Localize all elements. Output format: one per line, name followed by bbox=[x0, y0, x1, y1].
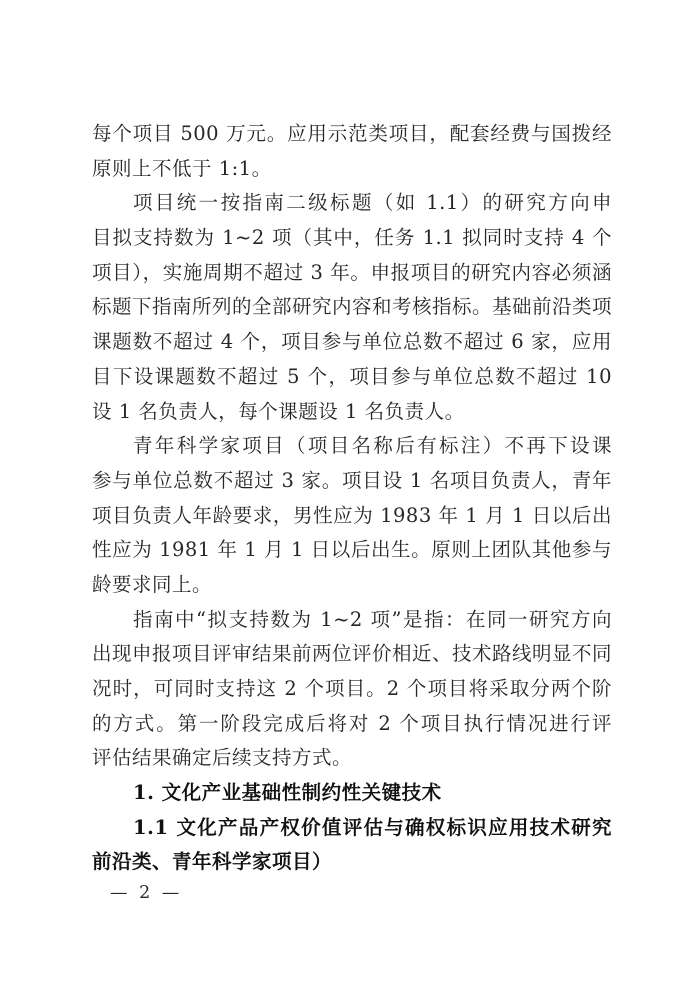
text-line: 课题数不超过 4 个，项目参与单位总数不超过 6 家，应用示范类项 bbox=[92, 325, 612, 360]
text-line: 目拟支持数为 1~2 项（其中，任务 1.1 拟同时支持 4 个青年科学家 bbox=[92, 221, 612, 256]
text-line: 设 1 名负责人，每个课题设 1 名负责人。 bbox=[92, 395, 612, 430]
text-line: 龄要求同上。 bbox=[92, 568, 612, 603]
text-line: 原则上不低于 1:1。 bbox=[92, 152, 612, 187]
document-page: 每个项目 500 万元。应用示范类项目，配套经费与国拨经费比例原则上不低于 1:… bbox=[0, 0, 700, 989]
text-line: 项目负责人年龄要求，男性应为 1983 年 1 月 1 日以后出生，女 bbox=[92, 499, 612, 534]
text-line: 标题下指南所列的全部研究内容和考核指标。基础前沿类项目下设 bbox=[92, 290, 612, 325]
text-line: 出现申报项目评审结果前两位评价相近、技术路线明显不同的情 bbox=[92, 637, 612, 672]
document-text-block: 每个项目 500 万元。应用示范类项目，配套经费与国拨经费比例原则上不低于 1:… bbox=[92, 117, 612, 880]
text-line: 的方式。第一阶段完成后将对 2 个项目执行情况进行评估，根据 bbox=[92, 707, 612, 742]
text-line: 参与单位总数不超过 3 家。项目设 1 名项目负责人，青年科学家 bbox=[92, 464, 612, 499]
text-line: 青年科学家项目（项目名称后有标注）不再下设课题，项目 bbox=[92, 429, 612, 464]
text-line: 1.1 文化产品产权价值评估与确权标识应用技术研究（基础 bbox=[92, 811, 612, 846]
page-number: — 2 — bbox=[110, 878, 182, 908]
text-line: 前沿类、青年科学家项目） bbox=[92, 845, 612, 880]
text-line: 性应为 1981 年 1 月 1 日以后出生。原则上团队其他参与人员年 bbox=[92, 533, 612, 568]
text-line: 项目），实施周期不超过 3 年。申报项目的研究内容必须涵盖二级 bbox=[92, 256, 612, 291]
text-line: 评估结果确定后续支持方式。 bbox=[92, 741, 612, 776]
text-line: 每个项目 500 万元。应用示范类项目，配套经费与国拨经费比例 bbox=[92, 117, 612, 152]
text-line: 项目统一按指南二级标题（如 1.1）的研究方向申报。每个项 bbox=[92, 186, 612, 221]
text-line: 指南中“拟支持数为 1~2 项”是指：在同一研究方向下，当 bbox=[92, 603, 612, 638]
text-line: 目下设课题数不超过 5 个，项目参与单位总数不超过 10 家。项目 bbox=[92, 360, 612, 395]
text-line: 1. 文化产业基础性制约性关键技术 bbox=[92, 776, 612, 811]
text-line: 况时，可同时支持这 2 个项目。2 个项目将采取分两个阶段支持 bbox=[92, 672, 612, 707]
